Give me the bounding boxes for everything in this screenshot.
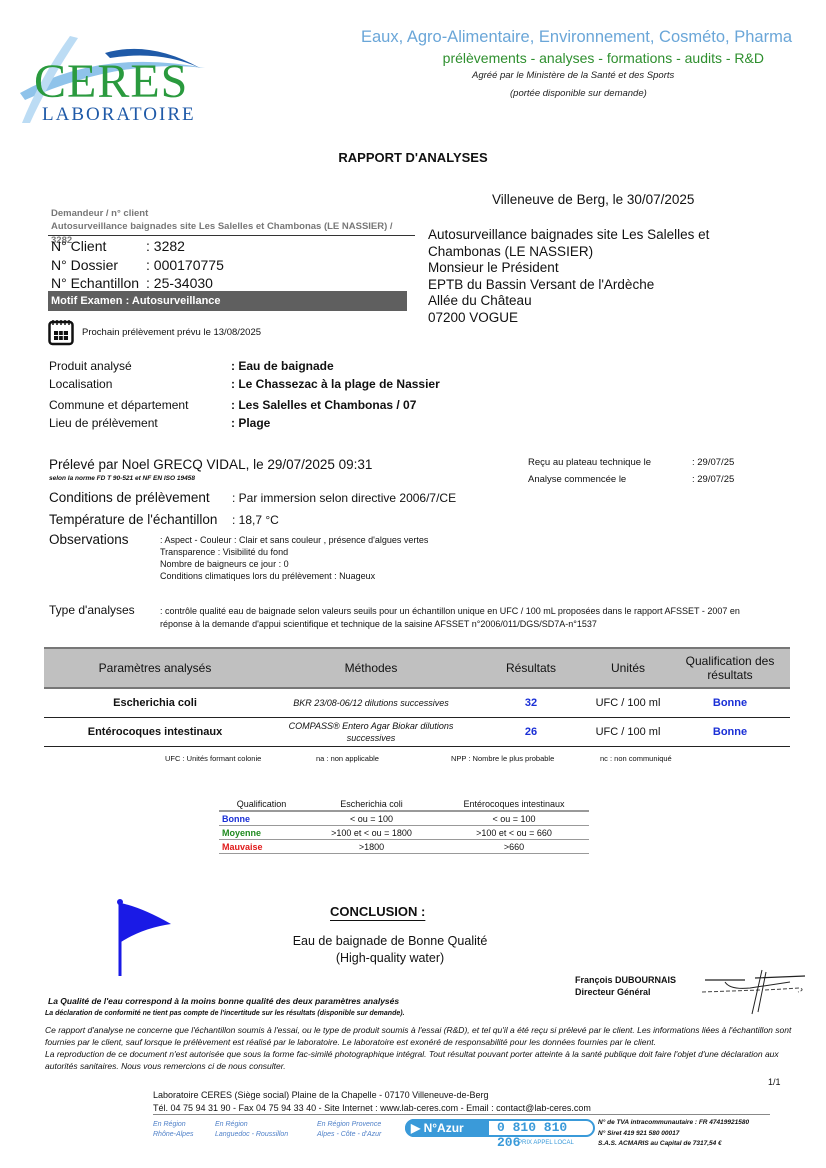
product-value: : Eau de baignade [231,359,334,373]
recipient-line: EPTB du Bassin Versant de l'Ardèche [428,277,748,294]
sample-number-value: : 25-34030 [146,275,213,291]
signatory-name: François DUBOURNAIS [575,974,676,986]
sample-number-label: N° Echantillon [51,275,146,291]
next-sample-date: Prochain prélèvement prévu le 13/08/2025 [82,327,261,338]
accreditation-note: Agréé par le Ministère de la Santé et de… [472,70,674,81]
location-value: : Le Chassezac à la plage de Nassier [231,377,440,391]
observation-item: Transparence : Visibilité du fond [160,546,428,558]
param-qualification: Bonne [670,688,790,718]
recipient-line: 07200 VOGUE [428,310,748,327]
observations-label: Observations [49,532,129,547]
qualification-table: Qualification Escherichia coli Entérocoq… [219,797,589,854]
abbrev-npp: NPP : Nombre le plus probable [451,754,554,763]
sampling-place-row: Lieu de prélèvement: Plage [49,416,270,430]
received-date: : 29/07/25 [692,457,734,468]
recipient-line: Autosurveillance baignades site Les Sale… [428,227,748,244]
file-number-value: : 000170775 [146,257,224,273]
observation-item: Conditions climatiques lors du prélèveme… [160,570,428,582]
sampling-place-value: : Plage [231,416,270,430]
conditions-value: : Par immersion selon directive 2006/7/C… [232,491,456,505]
region-rhone-alpes: En Région Rhône-Alpes [153,1120,193,1140]
analysis-type-text: : contrôle qualité eau de baignade selon… [160,605,770,631]
region-name: Languedoc - Roussillon [215,1130,288,1140]
sampling-norm: selon la norme FD T 90-521 et NF EN ISO … [49,475,195,482]
requester-label: Demandeur / n° client [51,208,148,219]
logo-name: CERES [34,58,188,106]
q-label-good: Bonne [219,811,304,826]
analysis-start-date: : 29/07/25 [692,474,734,485]
region-paca: En Région Provence Alpes - Côte - d'Azur [317,1120,381,1140]
ceres-logo: CERES LABORATOIRE [10,28,210,128]
commune-row: Commune et département: Les Salelles et … [49,398,416,412]
analysis-type-label: Type d'analyses [49,603,135,617]
location-row: Localisation: Le Chassezac à la plage de… [49,377,440,391]
commune-label: Commune et département [49,398,231,412]
q-entero-threshold: >100 et < ou = 660 [439,826,589,840]
q-label-bad: Mauvaise [219,840,304,854]
recipient-line: Chambonas (LE NASSIER) [428,244,748,261]
recipient-line: Allée du Château [428,293,748,310]
client-number-value: : 3282 [146,238,185,254]
q-ecoli-threshold: >1800 [304,840,439,854]
region-label: En Région Provence [317,1120,381,1130]
col-header-method: Méthodes [266,648,476,688]
sample-number-row: N° Echantillon: 25-34030 [51,275,213,291]
location-label: Localisation [49,377,231,391]
abbrev-na: na : non applicable [316,754,379,763]
file-number-row: N° Dossier: 000170775 [51,257,224,273]
param-name: Escherichia coli [44,688,266,718]
param-result: 32 [476,688,586,718]
col-header-unit: Unités [586,648,670,688]
product-label: Produit analysé [49,359,231,373]
signatory-role: Directeur Général [575,986,676,998]
footer-divider [153,1114,770,1115]
azur-phone-badge[interactable]: ▶ N°Azur 0 810 810 206 [405,1119,595,1137]
client-number-label: N° Client [51,238,146,254]
param-name: Entérocoques intestinaux [44,718,266,747]
conclusion-text: Eau de baignade de Bonne Qualité (High-q… [240,933,540,967]
place-date: Villeneuve de Berg, le 30/07/2025 [492,192,694,207]
analysis-start-label: Analyse commencée le [528,474,626,485]
recipient-line: Monsieur le Président [428,260,748,277]
footer-address: Laboratoire CERES (Siège social) Plaine … [153,1089,591,1115]
region-label: En Région [215,1120,288,1130]
signature-image [700,968,810,1016]
col-header-parameter: Paramètres analysés [44,648,266,688]
table-row: Entérocoques intestinaux COMPASS® Entero… [44,718,790,747]
region-name: Rhône-Alpes [153,1130,193,1140]
play-icon: ▶ [411,1121,420,1135]
calendar-icon [48,318,74,346]
logo-subtitle: LABORATOIRE [42,104,196,126]
col-header-result: Résultats [476,648,586,688]
observations-list: : Aspect - Couleur : Clair et sans coule… [160,534,428,582]
report-title: RAPPORT D'ANALYSES [0,150,826,165]
param-result: 26 [476,718,586,747]
param-qualification: Bonne [670,718,790,747]
q-ecoli-threshold: >100 et < ou = 1800 [304,826,439,840]
col-header-qualification: Qualification des résultats [670,648,790,688]
received-label: Reçu au plateau technique le [528,457,651,468]
q-col-header: Entérocoques intestinaux [439,797,589,811]
q-label-medium: Moyenne [219,826,304,840]
conditions-row: Conditions de prélèvement: Par immersion… [49,490,456,505]
param-unit: UFC / 100 ml [586,718,670,747]
page-number: 1/1 [768,1077,781,1087]
conclusion-line-en: (High-quality water) [240,950,540,967]
abbrev-nc: nc : non communiqué [600,754,672,763]
vat-number: N° de TVA intracommunautaire : FR 474199… [598,1118,749,1129]
region-label: En Région [153,1120,193,1130]
scope-note: (portée disponible sur demande) [510,88,647,99]
conditions-label: Conditions de prélèvement [49,490,232,505]
table-row: Bonne < ou = 100 < ou = 100 [219,811,589,826]
siret-number: N° Siret 419 921 580 00017 [598,1129,749,1140]
sampled-by: Prélevé par Noel GRECQ VIDAL, le 29/07/2… [49,457,372,472]
q-col-header: Escherichia coli [304,797,439,811]
param-method: COMPASS® Entero Agar Biokar dilutions su… [266,718,476,747]
blue-flag-icon [113,898,183,976]
declaration-note: La déclaration de conformité ne tient pa… [45,1010,405,1017]
client-number-row: N° Client: 3282 [51,238,185,254]
temperature-value: : 18,7 °C [232,513,279,527]
product-row: Produit analysé: Eau de baignade [49,359,334,373]
abbrev-ufc: UFC : Unités formant colonie [165,754,261,763]
param-unit: UFC / 100 ml [586,688,670,718]
conclusion-line: Eau de baignade de Bonne Qualité [240,933,540,950]
region-name: Alpes - Côte - d'Azur [317,1130,381,1140]
results-header-row: Paramètres analysés Méthodes Résultats U… [44,648,790,688]
q-ecoli-threshold: < ou = 100 [304,811,439,826]
region-languedoc: En Région Languedoc - Roussillon [215,1120,288,1140]
disclaimer-responsibility: Ce rapport d'analyse ne concerne que l'é… [45,1024,795,1048]
temperature-row: Température de l'échantillon: 18,7 °C [49,512,279,527]
signatory: François DUBOURNAIS Directeur Général [575,974,676,998]
recipient-address: Autosurveillance baignades site Les Sale… [428,227,748,326]
azur-subtitle: PRIX APPEL LOCAL [518,1140,574,1146]
q-entero-threshold: < ou = 100 [439,811,589,826]
quality-note: La Qualité de l'eau correspond à la moin… [48,996,399,1006]
legal-info: N° de TVA intracommunautaire : FR 474199… [598,1118,749,1150]
observation-item: Nombre de baigneurs ce jour : 0 [160,558,428,570]
exam-reason-bar: Motif Examen : Autosurveillance [48,291,407,311]
disclaimer-reproduction: La reproduction de ce document n'est aut… [45,1048,795,1072]
azur-label: ▶ N°Azur [405,1119,489,1137]
commune-value: : Les Salelles et Chambonas / 07 [231,398,416,412]
conclusion-title: CONCLUSION : [330,904,425,919]
services-tagline: prélèvements - analyses - formations - a… [443,50,764,66]
footer-postal: Laboratoire CERES (Siège social) Plaine … [153,1089,591,1102]
azur-label-text: N°Azur [424,1121,464,1135]
sectors-tagline: Eaux, Agro-Alimentaire, Environnement, C… [361,28,792,47]
table-row: Mauvaise >1800 >660 [219,840,589,854]
disclaimer: Ce rapport d'analyse ne concerne que l'é… [45,1024,795,1072]
q-col-header: Qualification [219,797,304,811]
file-number-label: N° Dossier [51,257,146,273]
observation-item: : Aspect - Couleur : Clair et sans coule… [160,534,428,546]
q-entero-threshold: >660 [439,840,589,854]
company-capital: S.A.S. ACMARIS au Capital de 7317,54 € [598,1139,749,1150]
results-table: Paramètres analysés Méthodes Résultats U… [44,647,790,747]
table-row: Escherichia coli BKR 23/08-06/12 dilutio… [44,688,790,718]
temperature-label: Température de l'échantillon [49,512,232,527]
param-method: BKR 23/08-06/12 dilutions successives [266,688,476,718]
table-row: Moyenne >100 et < ou = 1800 >100 et < ou… [219,826,589,840]
divider [48,235,415,236]
sampling-place-label: Lieu de prélèvement [49,416,231,430]
qualification-header-row: Qualification Escherichia coli Entérocoq… [219,797,589,811]
